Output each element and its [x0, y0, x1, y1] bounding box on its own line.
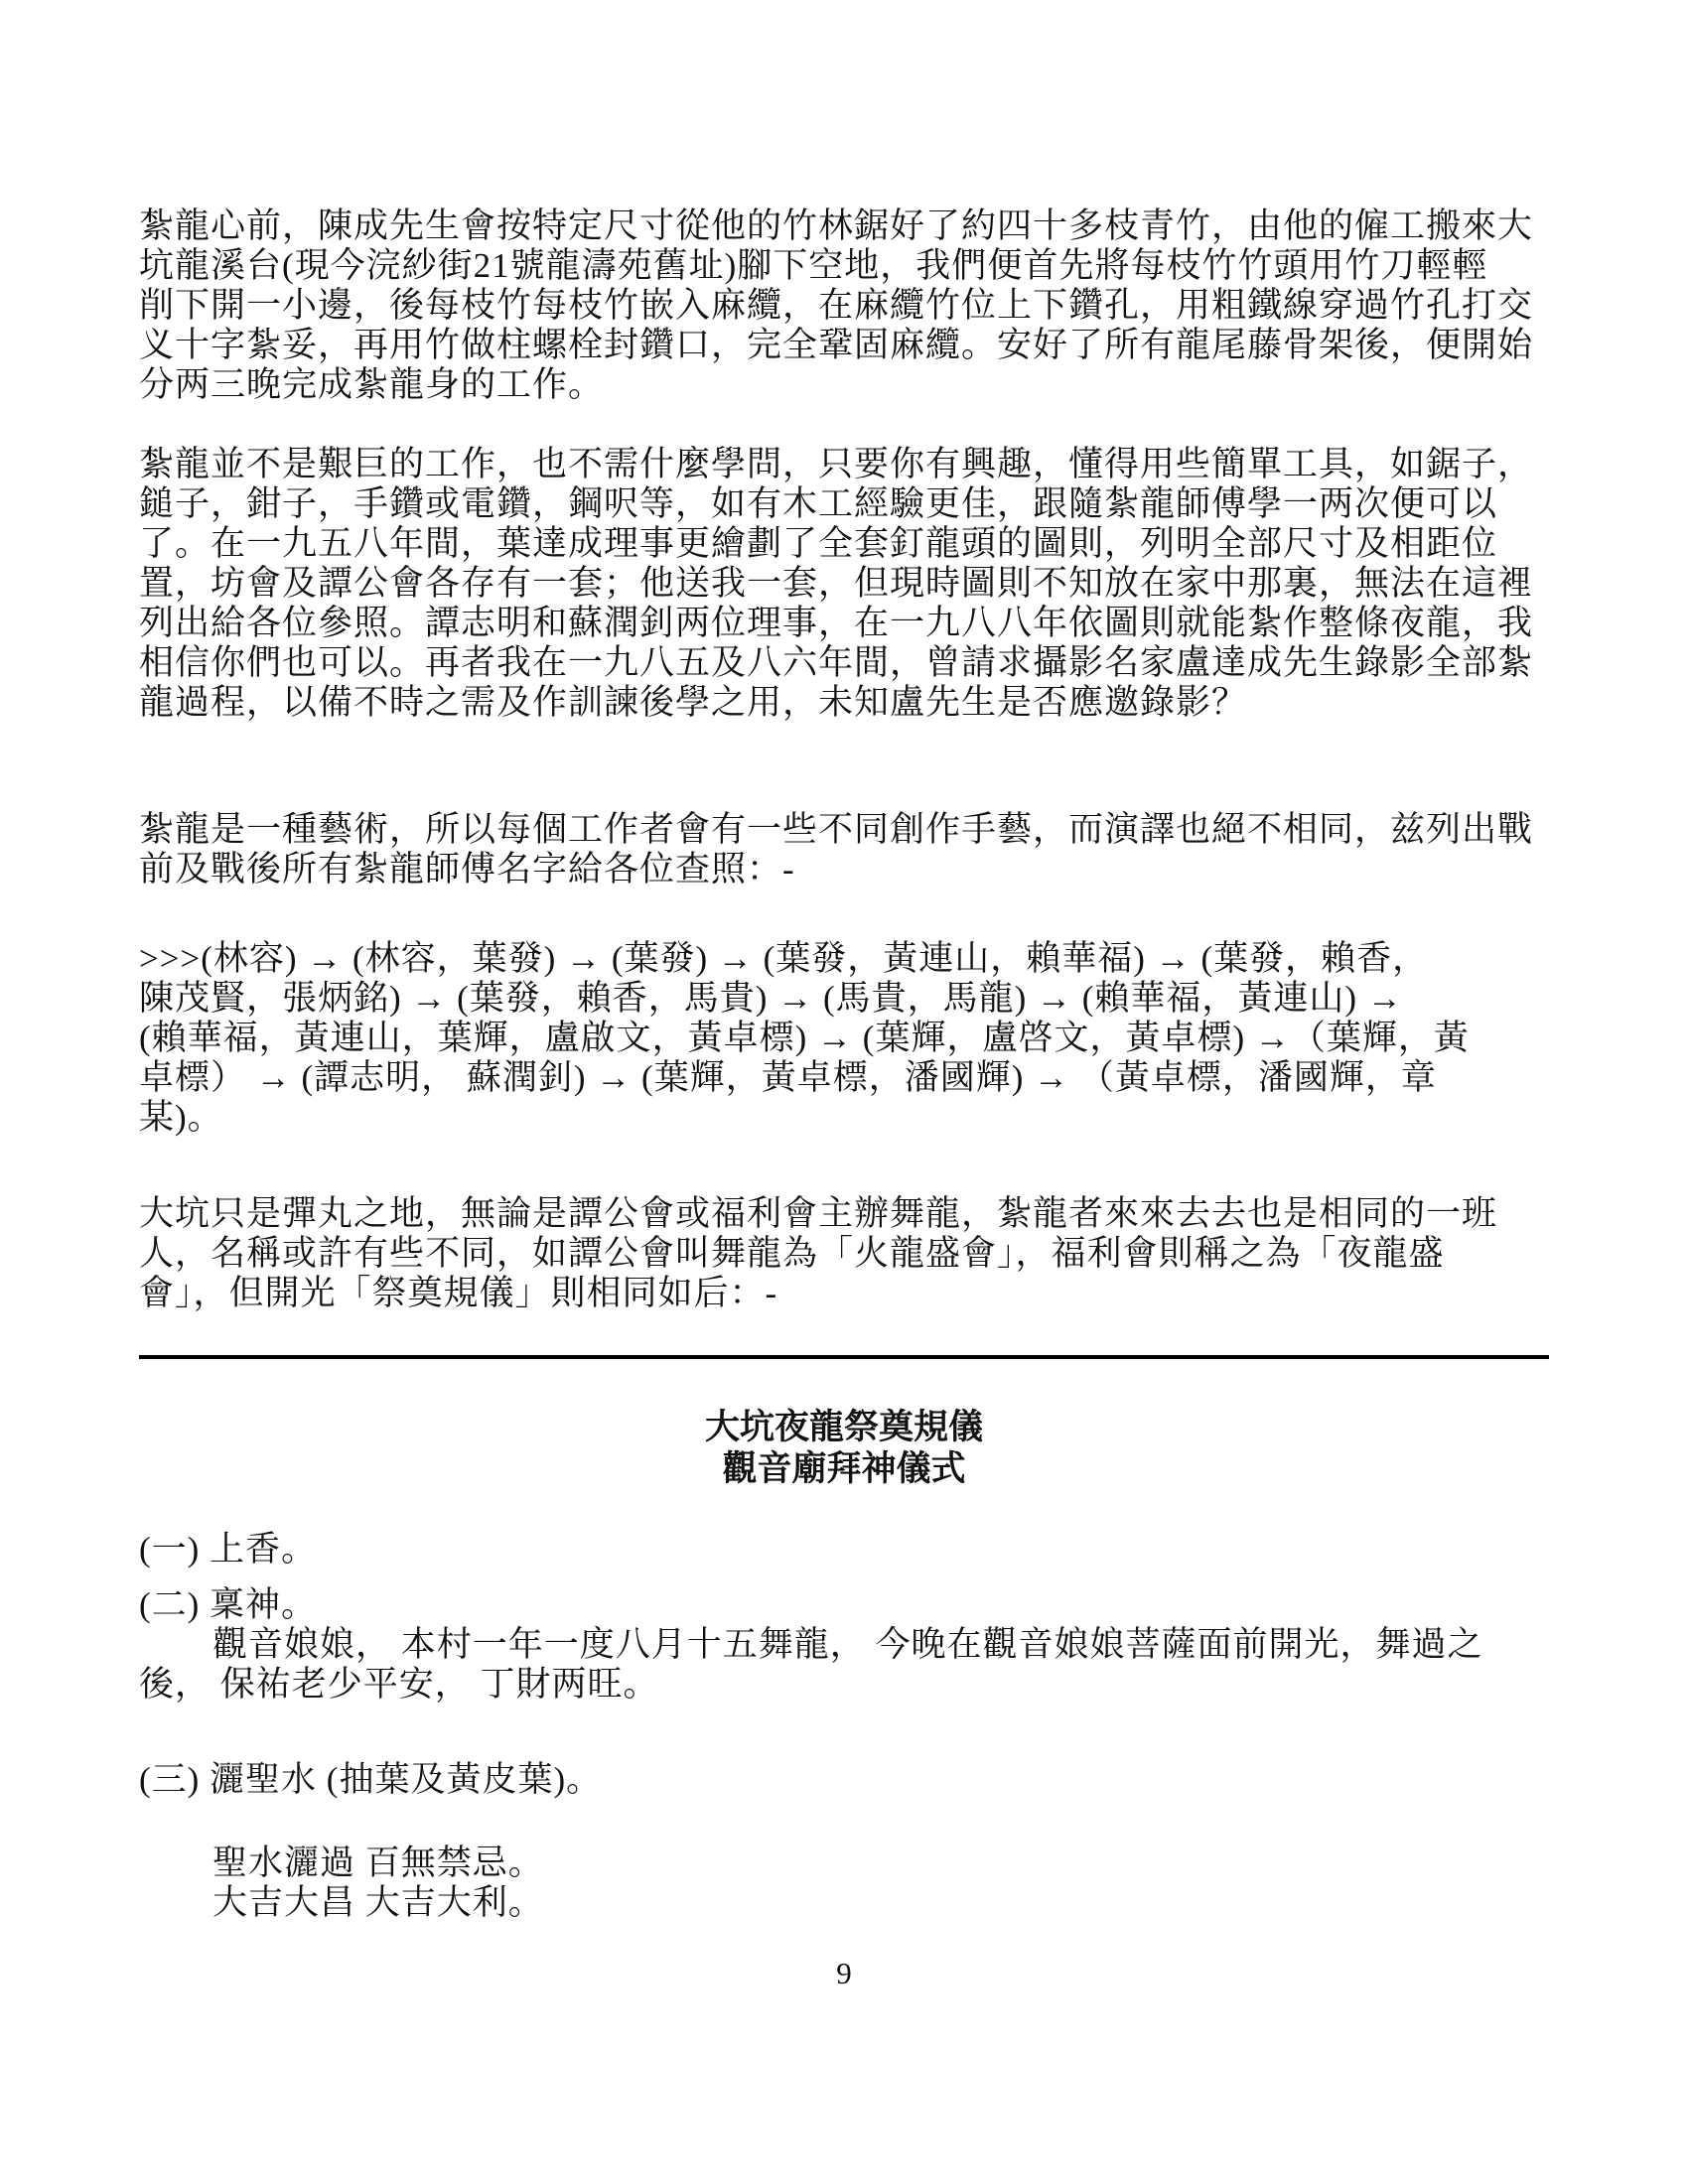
ritual-item-2-body-line-1: 觀音娘娘， 本村一年一度八月十五舞龍， 今晚在觀音娘娘菩薩面前開光，舞過之 [139, 1625, 1549, 1665]
blessing-line-2: 大吉大昌 大吉大利。 [139, 1883, 1549, 1923]
ritual-item-2-body-line-2: 後， 保祐老少平安， 丁財两旺。 [139, 1665, 1549, 1705]
paragraph-dragon-craft-skills: 紮龍並不是艱巨的工作，也不需什麼學問，只要你有興趣，懂得用些簡單工具，如鋸子， … [139, 445, 1549, 723]
document-content: 紮龍心前，陳成先生會按特定尺寸從他的竹林鋸好了約四十多枝青竹，由他的僱工搬來大 … [0, 0, 1688, 1923]
paragraph-dragon-preparation: 紮龍心前，陳成先生會按特定尺寸從他的竹林鋸好了約四十多枝青竹，由他的僱工搬來大 … [139, 206, 1549, 405]
section-title: 大坑夜龍祭奠規儀 [139, 1407, 1549, 1448]
blessing-line-1: 聖水灑過 百無禁忌。 [139, 1843, 1549, 1883]
paragraph-dragon-art-intro: 紮龍是一種藝術，所以每個工作者會有一些不同創作手藝，而演譯也絕不相同，兹列出戰 … [139, 810, 1549, 889]
paragraph-taihang-summary: 大坑只是彈丸之地，無論是譚公會或福利會主辦舞龍，紮龍者來來去去也是相同的一班 人… [139, 1194, 1549, 1313]
ritual-item-2: (二) 稟神。 [139, 1585, 1549, 1625]
section-heading: 大坑夜龍祭奠規儀 觀音廟拜神儀式 [139, 1407, 1549, 1490]
ritual-item-1: (一) 上香。 [139, 1530, 1549, 1570]
ritual-item-3: (三) 灑聖水 (抽葉及黃皮葉)。 [139, 1760, 1549, 1800]
paragraph-master-lineage-list: >>>(林容) → (林容，葉發) → (葉發) → (葉發，黃連山，賴華福) … [139, 939, 1549, 1138]
section-divider [139, 1355, 1549, 1359]
page-number: 9 [0, 1954, 1688, 1993]
document-page: 紮龍心前，陳成先生會按特定尺寸從他的竹林鋸好了約四十多枝青竹，由他的僱工搬來大 … [0, 0, 1688, 2184]
section-subtitle: 觀音廟拜神儀式 [139, 1448, 1549, 1490]
